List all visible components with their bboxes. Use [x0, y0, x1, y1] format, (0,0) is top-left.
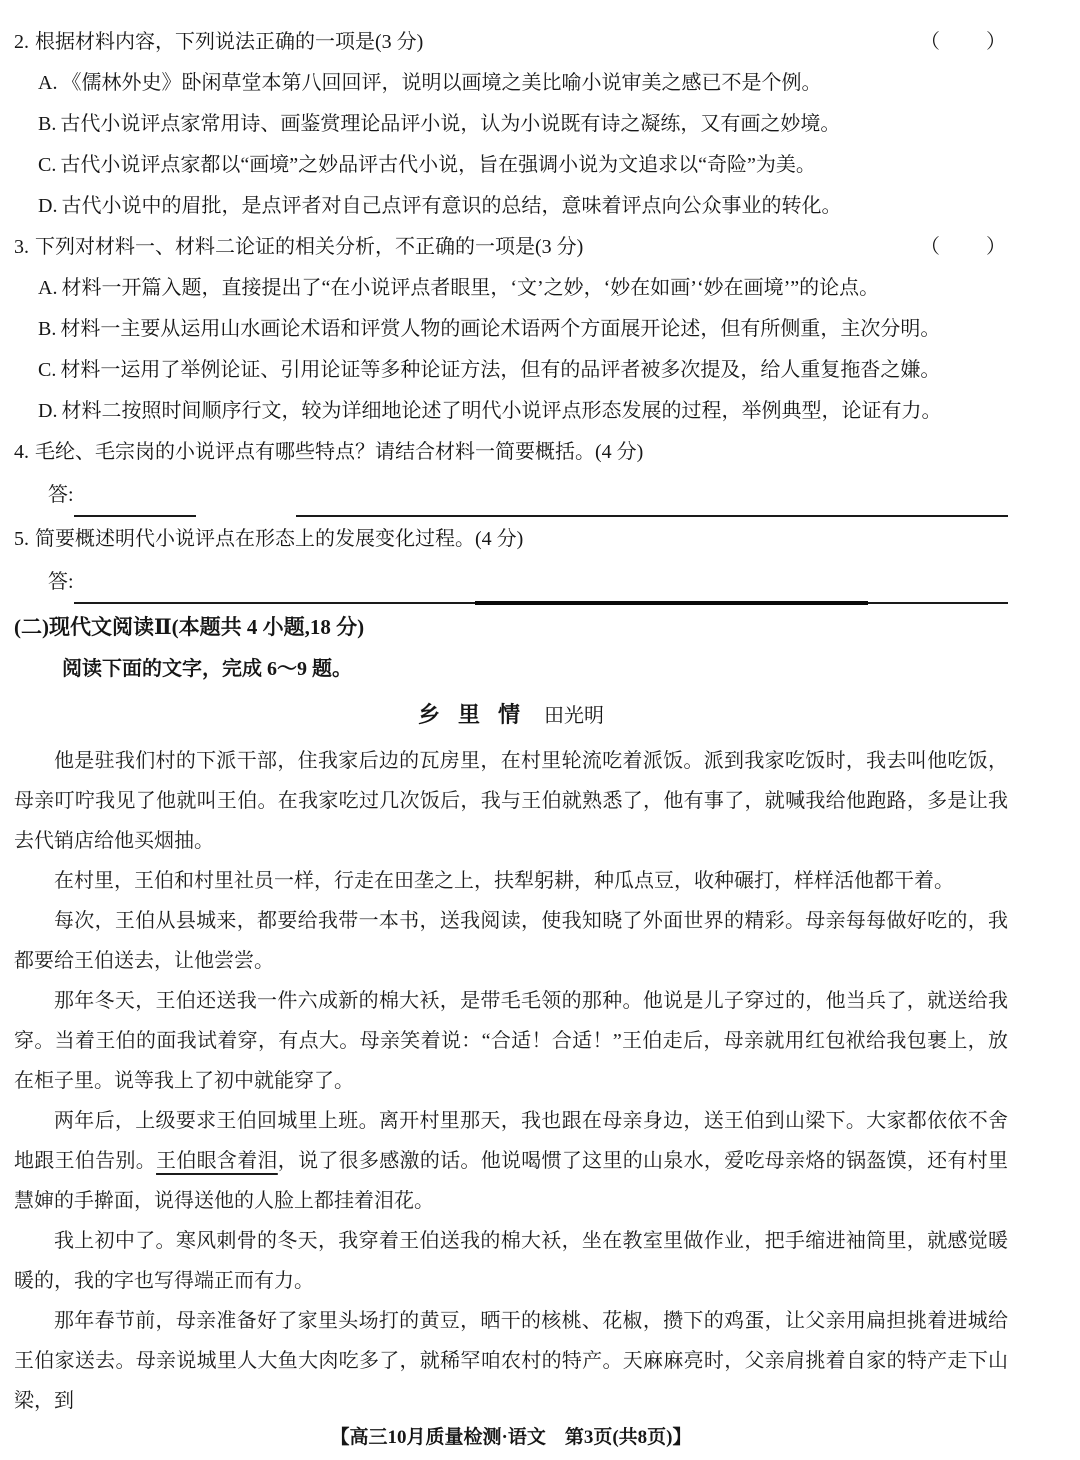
question-3-number: 3.	[14, 227, 29, 268]
option-text: 材料一运用了举例论证、引用论证等多种论证方法，但有的品评者被多次提及，给人重复拖…	[60, 359, 940, 381]
passage-paragraph-1: 他是驻我们村的下派干部，住我家后边的瓦房里，在村里轮流吃着派饭。派到我家吃饭时，…	[14, 741, 1008, 861]
question-3-answer-bracket: （ ）	[920, 227, 1008, 268]
question-4-stem: 毛纶、毛宗岗的小说评点有哪些特点？请结合材料一简要概括。(4 分)	[35, 432, 1008, 473]
passage-author: 田光明	[544, 705, 604, 727]
answer-blank-long	[74, 572, 1008, 604]
question-2-number: 2.	[14, 22, 29, 63]
answer-label: 答:	[48, 560, 74, 604]
answer-label: 答:	[48, 473, 74, 517]
option-text: 古代小说评点家都以“画境”之妙品评古代小说，旨在强调小说为文追求以“奇险”为美。	[60, 154, 816, 176]
question-4-stem-row: 4. 毛纶、毛宗岗的小说评点有哪些特点？请结合材料一简要概括。(4 分)	[14, 432, 1008, 473]
paragraph-5-underlined-phrase: 王伯眼含着泪	[156, 1150, 278, 1172]
passage-paragraph-5: 两年后，上级要求王伯回城里上班。离开村里那天，我也跟在母亲身边，送王伯到山梁下。…	[14, 1101, 1008, 1221]
answer-blank-short	[74, 485, 196, 517]
reading-instruction: 阅读下面的文字，完成 6～9 题。	[14, 648, 1008, 690]
question-2-option-c: C.古代小说评点家都以“画境”之妙品评古代小说，旨在强调小说为文追求以“奇险”为…	[14, 145, 1008, 186]
option-text: 材料二按照时间顺序行文，较为详细地论述了明代小说评点形态发展的过程，举例典型，论…	[61, 400, 941, 422]
section-header: (二)现代文阅读Ⅱ(本题共 4 小题,18 分)	[14, 606, 1008, 648]
passage-paragraph-2: 在村里，王伯和村里社员一样，行走在田垄之上，扶犁躬耕，种瓜点豆，收种碾打，样样活…	[14, 861, 1008, 901]
question-3-option-d: D.材料二按照时间顺序行文，较为详细地论述了明代小说评点形态发展的过程，举例典型…	[14, 391, 1008, 432]
answer-blank-long	[296, 485, 1008, 517]
question-4-answer-row: 答:	[14, 473, 1008, 517]
question-2-stem-row: 2. 根据材料内容，下列说法正确的一项是(3 分) （ ）	[14, 22, 1008, 63]
question-2-answer-bracket: （ ）	[920, 22, 1008, 63]
question-4-number: 4.	[14, 432, 29, 473]
option-label: D.	[38, 400, 57, 422]
passage-paragraph-7: 那年春节前，母亲准备好了家里头场打的黄豆，晒干的核桃、花椒，攒下的鸡蛋，让父亲用…	[14, 1301, 1008, 1421]
passage-paragraph-4: 那年冬天，王伯还送我一件六成新的棉大袄，是带毛毛领的那种。他说是儿子穿过的，他当…	[14, 981, 1008, 1101]
exam-page: 2. 根据材料内容，下列说法正确的一项是(3 分) （ ） A.《儒林外史》卧闲…	[0, 0, 1080, 1460]
passage-paragraph-6: 我上初中了。寒风刺骨的冬天，我穿着王伯送我的棉大袄，坐在教室里做作业，把手缩进袖…	[14, 1221, 1008, 1301]
question-5-number: 5.	[14, 519, 29, 560]
page-footer: 【高三10月质量检测·语文 第3页(共8页)】	[14, 1421, 1008, 1460]
question-5-answer-row: 答:	[14, 560, 1008, 604]
option-label: D.	[38, 195, 57, 217]
option-text: 材料一开篇入题，直接提出了“在小说评点者眼里，‘文’之妙，‘妙在如画’‘妙在画境…	[61, 277, 879, 299]
question-5-stem: 简要概述明代小说评点在形态上的发展变化过程。(4 分)	[35, 519, 1008, 560]
option-label: C.	[38, 359, 56, 381]
option-text: 古代小说中的眉批，是点评者对自己点评有意识的总结，意味着评点向公众事业的转化。	[61, 195, 841, 217]
question-3-option-a: A.材料一开篇入题，直接提出了“在小说评点者眼里，‘文’之妙，‘妙在如画’‘妙在…	[14, 268, 1008, 309]
option-label: B.	[38, 113, 56, 135]
option-text: 材料一主要从运用山水画论术语和评赏人物的画论术语两个方面展开论述，但有所侧重，主…	[60, 318, 940, 340]
question-3-option-c: C.材料一运用了举例论证、引用论证等多种论证方法，但有的品评者被多次提及，给人重…	[14, 350, 1008, 391]
option-label: A.	[38, 277, 57, 299]
option-text: 古代小说评点家常用诗、画鉴赏理论品评小说，认为小说既有诗之凝练，又有画之妙境。	[60, 113, 840, 135]
question-2-option-d: D.古代小说中的眉批，是点评者对自己点评有意识的总结，意味着评点向公众事业的转化…	[14, 186, 1008, 227]
question-5-stem-row: 5. 简要概述明代小说评点在形态上的发展变化过程。(4 分)	[14, 519, 1008, 560]
option-text: 《儒林外史》卧闲草堂本第八回回评，说明以画境之美比喻小说审美之感已不是个例。	[61, 72, 821, 94]
passage-title-row: 乡里情田光明	[14, 692, 1008, 739]
option-label: B.	[38, 318, 56, 340]
question-2-option-b: B.古代小说评点家常用诗、画鉴赏理论品评小说，认为小说既有诗之凝练，又有画之妙境…	[14, 104, 1008, 145]
passage-paragraph-3: 每次，王伯从县城来，都要给我带一本书，送我阅读，使我知晓了外面世界的精彩。母亲每…	[14, 901, 1008, 981]
question-3-stem: 下列对材料一、材料二论证的相关分析，不正确的一项是(3 分)	[35, 227, 920, 268]
question-2-option-a: A.《儒林外史》卧闲草堂本第八回回评，说明以画境之美比喻小说审美之感已不是个例。	[14, 63, 1008, 104]
question-3-stem-row: 3. 下列对材料一、材料二论证的相关分析，不正确的一项是(3 分) （ ）	[14, 227, 1008, 268]
option-label: A.	[38, 72, 57, 94]
option-label: C.	[38, 154, 56, 176]
passage-title: 乡里情	[418, 702, 538, 727]
question-2-stem: 根据材料内容，下列说法正确的一项是(3 分)	[35, 22, 920, 63]
question-3-option-b: B.材料一主要从运用山水画论术语和评赏人物的画论术语两个方面展开论述，但有所侧重…	[14, 309, 1008, 350]
